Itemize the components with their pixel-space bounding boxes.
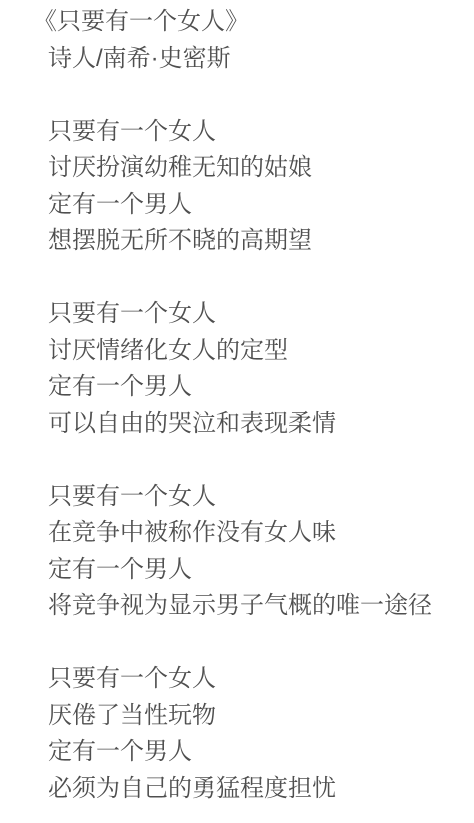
poem-line: 定有一个男人 xyxy=(48,552,456,589)
poem-line: 厌倦了当性玩物 xyxy=(48,698,456,735)
stanza-2: 只要有一个女人 讨厌情绪化女人的定型 定有一个男人 可以自由的哭泣和表现柔情 xyxy=(48,296,456,442)
stanza-3: 只要有一个女人 在竞争中被称作没有女人味 定有一个男人 将竞争视为显示男子气概的… xyxy=(48,479,456,625)
poem-line: 在竞争中被称作没有女人味 xyxy=(48,515,456,552)
poem-header: 《只要有一个女人》 诗人/南希·史密斯 xyxy=(48,4,456,77)
poem-line: 定有一个男人 xyxy=(48,187,456,224)
poem-line: 只要有一个女人 xyxy=(48,661,456,698)
poem-line: 讨厌情绪化女人的定型 xyxy=(48,333,456,370)
stanza-4: 只要有一个女人 厌倦了当性玩物 定有一个男人 必须为自己的勇猛程度担忧 xyxy=(48,661,456,807)
poem-author: 诗人/南希·史密斯 xyxy=(48,41,456,78)
poem-line: 可以自由的哭泣和表现柔情 xyxy=(48,406,456,443)
stanza-1: 只要有一个女人 讨厌扮演幼稚无知的姑娘 定有一个男人 想摆脱无所不晓的高期望 xyxy=(48,114,456,260)
poem-line: 定有一个男人 xyxy=(48,734,456,771)
poem-line: 将竞争视为显示男子气概的唯一途径 xyxy=(48,588,456,625)
poem-line: 定有一个男人 xyxy=(48,369,456,406)
poem-line: 只要有一个女人 xyxy=(48,479,456,516)
poem-line: 只要有一个女人 xyxy=(48,296,456,333)
poem-line: 只要有一个女人 xyxy=(48,114,456,151)
poem-title: 《只要有一个女人》 xyxy=(33,4,456,41)
poem-line: 想摆脱无所不晓的高期望 xyxy=(48,223,456,260)
poem-page: 《只要有一个女人》 诗人/南希·史密斯 只要有一个女人 讨厌扮演幼稚无知的姑娘 … xyxy=(0,0,474,823)
poem-line: 必须为自己的勇猛程度担忧 xyxy=(48,771,456,808)
poem-line: 讨厌扮演幼稚无知的姑娘 xyxy=(48,150,456,187)
